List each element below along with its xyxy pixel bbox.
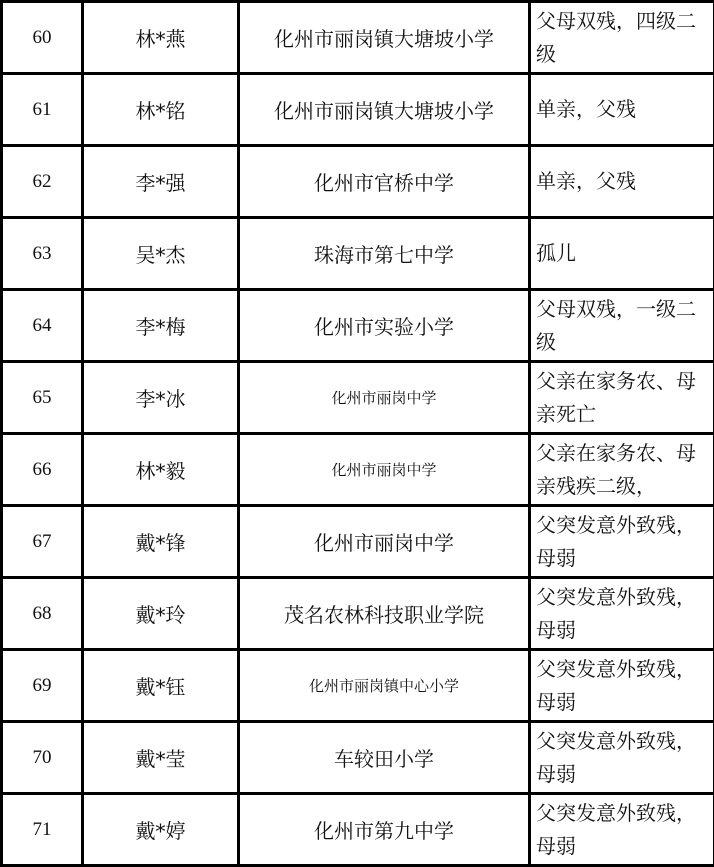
student-name: 李*冰 bbox=[83, 362, 239, 434]
school-name: 化州市丽岗中学 bbox=[239, 506, 530, 578]
student-name: 戴*婷 bbox=[83, 794, 239, 866]
row-number: 69 bbox=[2, 650, 83, 722]
school-name: 珠海市第七中学 bbox=[239, 218, 530, 290]
student-name: 戴*锋 bbox=[83, 506, 239, 578]
student-name: 李*梅 bbox=[83, 290, 239, 362]
school-name: 茂名农林科技职业学院 bbox=[239, 578, 530, 650]
school-name: 化州市丽岗镇中心小学 bbox=[239, 650, 530, 722]
table-row: 60 林*燕 化州市丽岗镇大塘坡小学 父母双残，四级二级 bbox=[2, 2, 714, 74]
family-situation: 父突发意外致残，母弱 bbox=[530, 794, 714, 866]
school-name: 化州市丽岗镇大塘坡小学 bbox=[239, 74, 530, 146]
row-number: 61 bbox=[2, 74, 83, 146]
student-name: 戴*莹 bbox=[83, 722, 239, 794]
school-name: 化州市官桥中学 bbox=[239, 146, 530, 218]
family-situation: 父突发意外致残，母弱 bbox=[530, 506, 714, 578]
student-name: 林*毅 bbox=[83, 434, 239, 506]
table-row: 61 林*铭 化州市丽岗镇大塘坡小学 单亲，父残 bbox=[2, 74, 714, 146]
school-name: 车较田小学 bbox=[239, 722, 530, 794]
row-number: 67 bbox=[2, 506, 83, 578]
family-situation: 孤儿 bbox=[530, 218, 714, 290]
table-row: 62 李*强 化州市官桥中学 单亲，父残 bbox=[2, 146, 714, 218]
row-number: 71 bbox=[2, 794, 83, 866]
table-row: 67 戴*锋 化州市丽岗中学 父突发意外致残，母弱 bbox=[2, 506, 714, 578]
row-number: 70 bbox=[2, 722, 83, 794]
table-row: 64 李*梅 化州市实验小学 父母双残，一级二级 bbox=[2, 290, 714, 362]
family-situation: 单亲，父残 bbox=[530, 146, 714, 218]
row-number: 66 bbox=[2, 434, 83, 506]
row-number: 62 bbox=[2, 146, 83, 218]
family-situation: 父母双残，四级二级 bbox=[530, 2, 714, 74]
family-situation: 父亲在家务农、母亲残疾二级， bbox=[530, 434, 714, 506]
student-aid-table: 60 林*燕 化州市丽岗镇大塘坡小学 父母双残，四级二级 61 林*铭 化州市丽… bbox=[0, 0, 714, 867]
family-situation: 父突发意外致残，母弱 bbox=[530, 578, 714, 650]
table-row: 70 戴*莹 车较田小学 父突发意外致残，母弱 bbox=[2, 722, 714, 794]
row-number: 60 bbox=[2, 2, 83, 74]
student-name: 林*燕 bbox=[83, 2, 239, 74]
table-row: 66 林*毅 化州市丽岗中学 父亲在家务农、母亲残疾二级， bbox=[2, 434, 714, 506]
table-row: 69 戴*钰 化州市丽岗镇中心小学 父突发意外致残，母弱 bbox=[2, 650, 714, 722]
family-situation: 父亲在家务农、母亲死亡 bbox=[530, 362, 714, 434]
table-row: 65 李*冰 化州市丽岗中学 父亲在家务农、母亲死亡 bbox=[2, 362, 714, 434]
row-number: 65 bbox=[2, 362, 83, 434]
school-name: 化州市丽岗中学 bbox=[239, 434, 530, 506]
school-name: 化州市实验小学 bbox=[239, 290, 530, 362]
family-situation: 单亲，父残 bbox=[530, 74, 714, 146]
row-number: 68 bbox=[2, 578, 83, 650]
table-row: 71 戴*婷 化州市第九中学 父突发意外致残，母弱 bbox=[2, 794, 714, 866]
row-number: 64 bbox=[2, 290, 83, 362]
family-situation: 父突发意外致残，母弱 bbox=[530, 722, 714, 794]
family-situation: 父母双残，一级二级 bbox=[530, 290, 714, 362]
family-situation: 父突发意外致残，母弱 bbox=[530, 650, 714, 722]
school-name: 化州市第九中学 bbox=[239, 794, 530, 866]
student-name: 戴*玲 bbox=[83, 578, 239, 650]
school-name: 化州市丽岗中学 bbox=[239, 362, 530, 434]
table-row: 68 戴*玲 茂名农林科技职业学院 父突发意外致残，母弱 bbox=[2, 578, 714, 650]
row-number: 63 bbox=[2, 218, 83, 290]
student-name: 戴*钰 bbox=[83, 650, 239, 722]
student-name: 李*强 bbox=[83, 146, 239, 218]
student-name: 吴*杰 bbox=[83, 218, 239, 290]
school-name: 化州市丽岗镇大塘坡小学 bbox=[239, 2, 530, 74]
table-row: 63 吴*杰 珠海市第七中学 孤儿 bbox=[2, 218, 714, 290]
student-name: 林*铭 bbox=[83, 74, 239, 146]
